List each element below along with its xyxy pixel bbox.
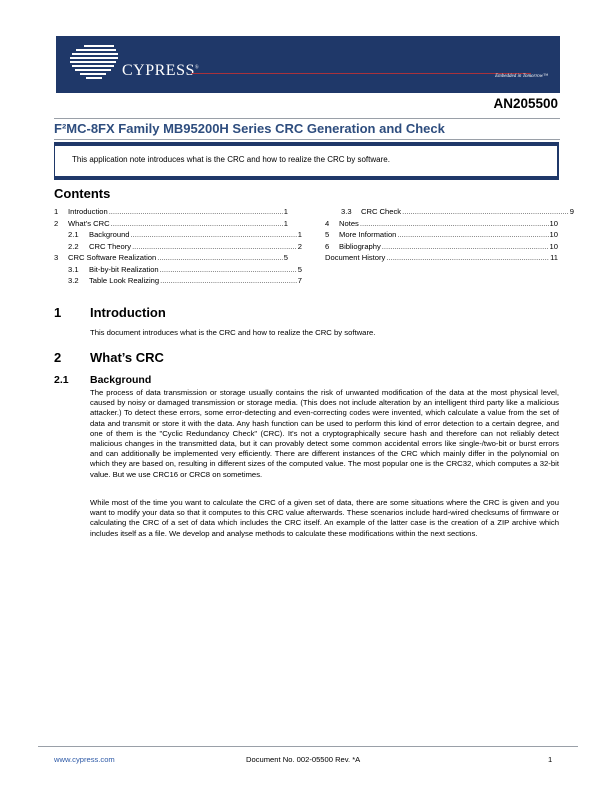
footer-document-number: Document No. 002-05500 Rev. *A <box>246 755 360 764</box>
toc-entry[interactable]: 3.1Bit-by-bit Realization5 <box>54 264 302 276</box>
toc-entry[interactable]: 5More Information10 <box>325 229 558 241</box>
toc-entry-number: 5 <box>325 229 339 241</box>
toc-entry-number: 2.1 <box>68 229 89 241</box>
toc-entry-page: 10 <box>550 218 558 230</box>
toc-entry-label: CRC Check <box>361 206 401 218</box>
toc-entry-label: Table Look Realizing <box>89 275 159 287</box>
section-number: 2 <box>54 350 61 365</box>
section-title: Introduction <box>90 305 166 320</box>
toc-entry[interactable]: 3CRC Software Realization5 <box>54 252 288 264</box>
toc-entry-page: 2 <box>298 241 302 253</box>
toc-entry-page: 7 <box>298 275 302 287</box>
section-title: What’s CRC <box>90 350 164 365</box>
footer-page-number: 1 <box>548 755 552 764</box>
toc-entry-label: Document History <box>325 252 385 264</box>
toc-entry-label: Bibliography <box>339 241 381 253</box>
toc-entry[interactable]: 2.2CRC Theory2 <box>54 241 302 253</box>
abstract-box: This application note introduces what is… <box>54 142 559 180</box>
header-banner: CYPRESS® Embedded in Tomorrow™ <box>56 36 560 93</box>
toc-dot-leader <box>132 241 297 253</box>
toc-column-right: 3.3CRC Check94Notes105More Information10… <box>325 206 558 264</box>
footer-divider <box>38 746 578 747</box>
toc-entry[interactable]: 3.2Table Look Realizing7 <box>54 275 302 287</box>
section-number: 1 <box>54 305 61 320</box>
toc-entry-number: 2 <box>54 218 68 230</box>
toc-entry[interactable]: 3.3CRC Check9 <box>325 206 574 218</box>
toc-entry-label: Notes <box>339 218 359 230</box>
background-paragraph-2: While most of the time you want to calcu… <box>90 498 559 539</box>
toc-entry-label: CRC Theory <box>89 241 131 253</box>
tagline: Embedded in Tomorrow™ <box>495 74 548 79</box>
divider <box>54 139 560 140</box>
toc-dot-leader <box>111 218 283 230</box>
toc-entry-label: More Information <box>339 229 396 241</box>
toc-dot-leader <box>160 275 297 287</box>
toc-entry-number: 3.2 <box>68 275 89 287</box>
toc-entry-label: Bit-by-bit Realization <box>89 264 159 276</box>
toc-entry-page: 1 <box>284 218 288 230</box>
section-number: 2.1 <box>54 374 69 386</box>
section-title: Background <box>90 374 151 386</box>
toc-entry-page: 1 <box>298 229 302 241</box>
toc-entry-page: 5 <box>284 252 288 264</box>
toc-entry-label: CRC Software Realization <box>68 252 156 264</box>
toc-entry-page: 9 <box>570 206 574 218</box>
toc-entry-number: 3.1 <box>68 264 89 276</box>
toc-dot-leader <box>131 229 297 241</box>
toc-entry[interactable]: 4Notes10 <box>325 218 558 230</box>
toc-entry-page: 11 <box>550 252 558 264</box>
banner-accent-line <box>191 73 531 74</box>
abstract-text: This application note introduces what is… <box>72 155 390 164</box>
toc-entry-number: 3.3 <box>341 206 361 218</box>
intro-paragraph: This document introduces what is the CRC… <box>90 328 560 338</box>
toc-dot-leader <box>386 252 549 264</box>
toc-entry-label: Introduction <box>68 206 108 218</box>
toc-entry[interactable]: 1Introduction1 <box>54 206 288 218</box>
toc-entry-page: 1 <box>284 206 288 218</box>
toc-entry-number: 3 <box>54 252 68 264</box>
toc-dot-leader <box>402 206 569 218</box>
toc-entry[interactable]: 2What’s CRC1 <box>54 218 288 230</box>
toc-dot-leader <box>109 206 283 218</box>
toc-entry-label: Background <box>89 229 130 241</box>
toc-entry-number: 4 <box>325 218 339 230</box>
toc-dot-leader <box>157 252 283 264</box>
toc-entry[interactable]: 6Bibliography10 <box>325 241 558 253</box>
toc-entry-number: 2.2 <box>68 241 89 253</box>
toc-entry-page: 10 <box>550 241 558 253</box>
toc-entry-page: 5 <box>298 264 302 276</box>
toc-entry-number: 6 <box>325 241 339 253</box>
toc-dot-leader <box>360 218 549 230</box>
cypress-logo-icon <box>70 45 120 87</box>
contents-heading: Contents <box>54 186 110 201</box>
toc-dot-leader <box>382 241 549 253</box>
logo-wordmark: CYPRESS® <box>122 62 199 80</box>
app-note-id: AN205500 <box>493 96 558 111</box>
toc-dot-leader <box>160 264 297 276</box>
toc-dot-leader <box>397 229 548 241</box>
footer-website-link[interactable]: www.cypress.com <box>54 755 115 764</box>
background-paragraph-1: The process of data transmission or stor… <box>90 388 559 480</box>
toc-entry-label: What’s CRC <box>68 218 110 230</box>
toc-entry-page: 10 <box>550 229 558 241</box>
toc-entry-number: 1 <box>54 206 68 218</box>
document-title: F²MC-8FX Family MB95200H Series CRC Gene… <box>54 121 445 136</box>
toc-entry[interactable]: 2.1Background1 <box>54 229 302 241</box>
toc-column-left: 1Introduction12What’s CRC12.1Background1… <box>54 206 288 287</box>
divider <box>54 118 560 119</box>
toc-entry[interactable]: Document History11 <box>325 252 558 264</box>
